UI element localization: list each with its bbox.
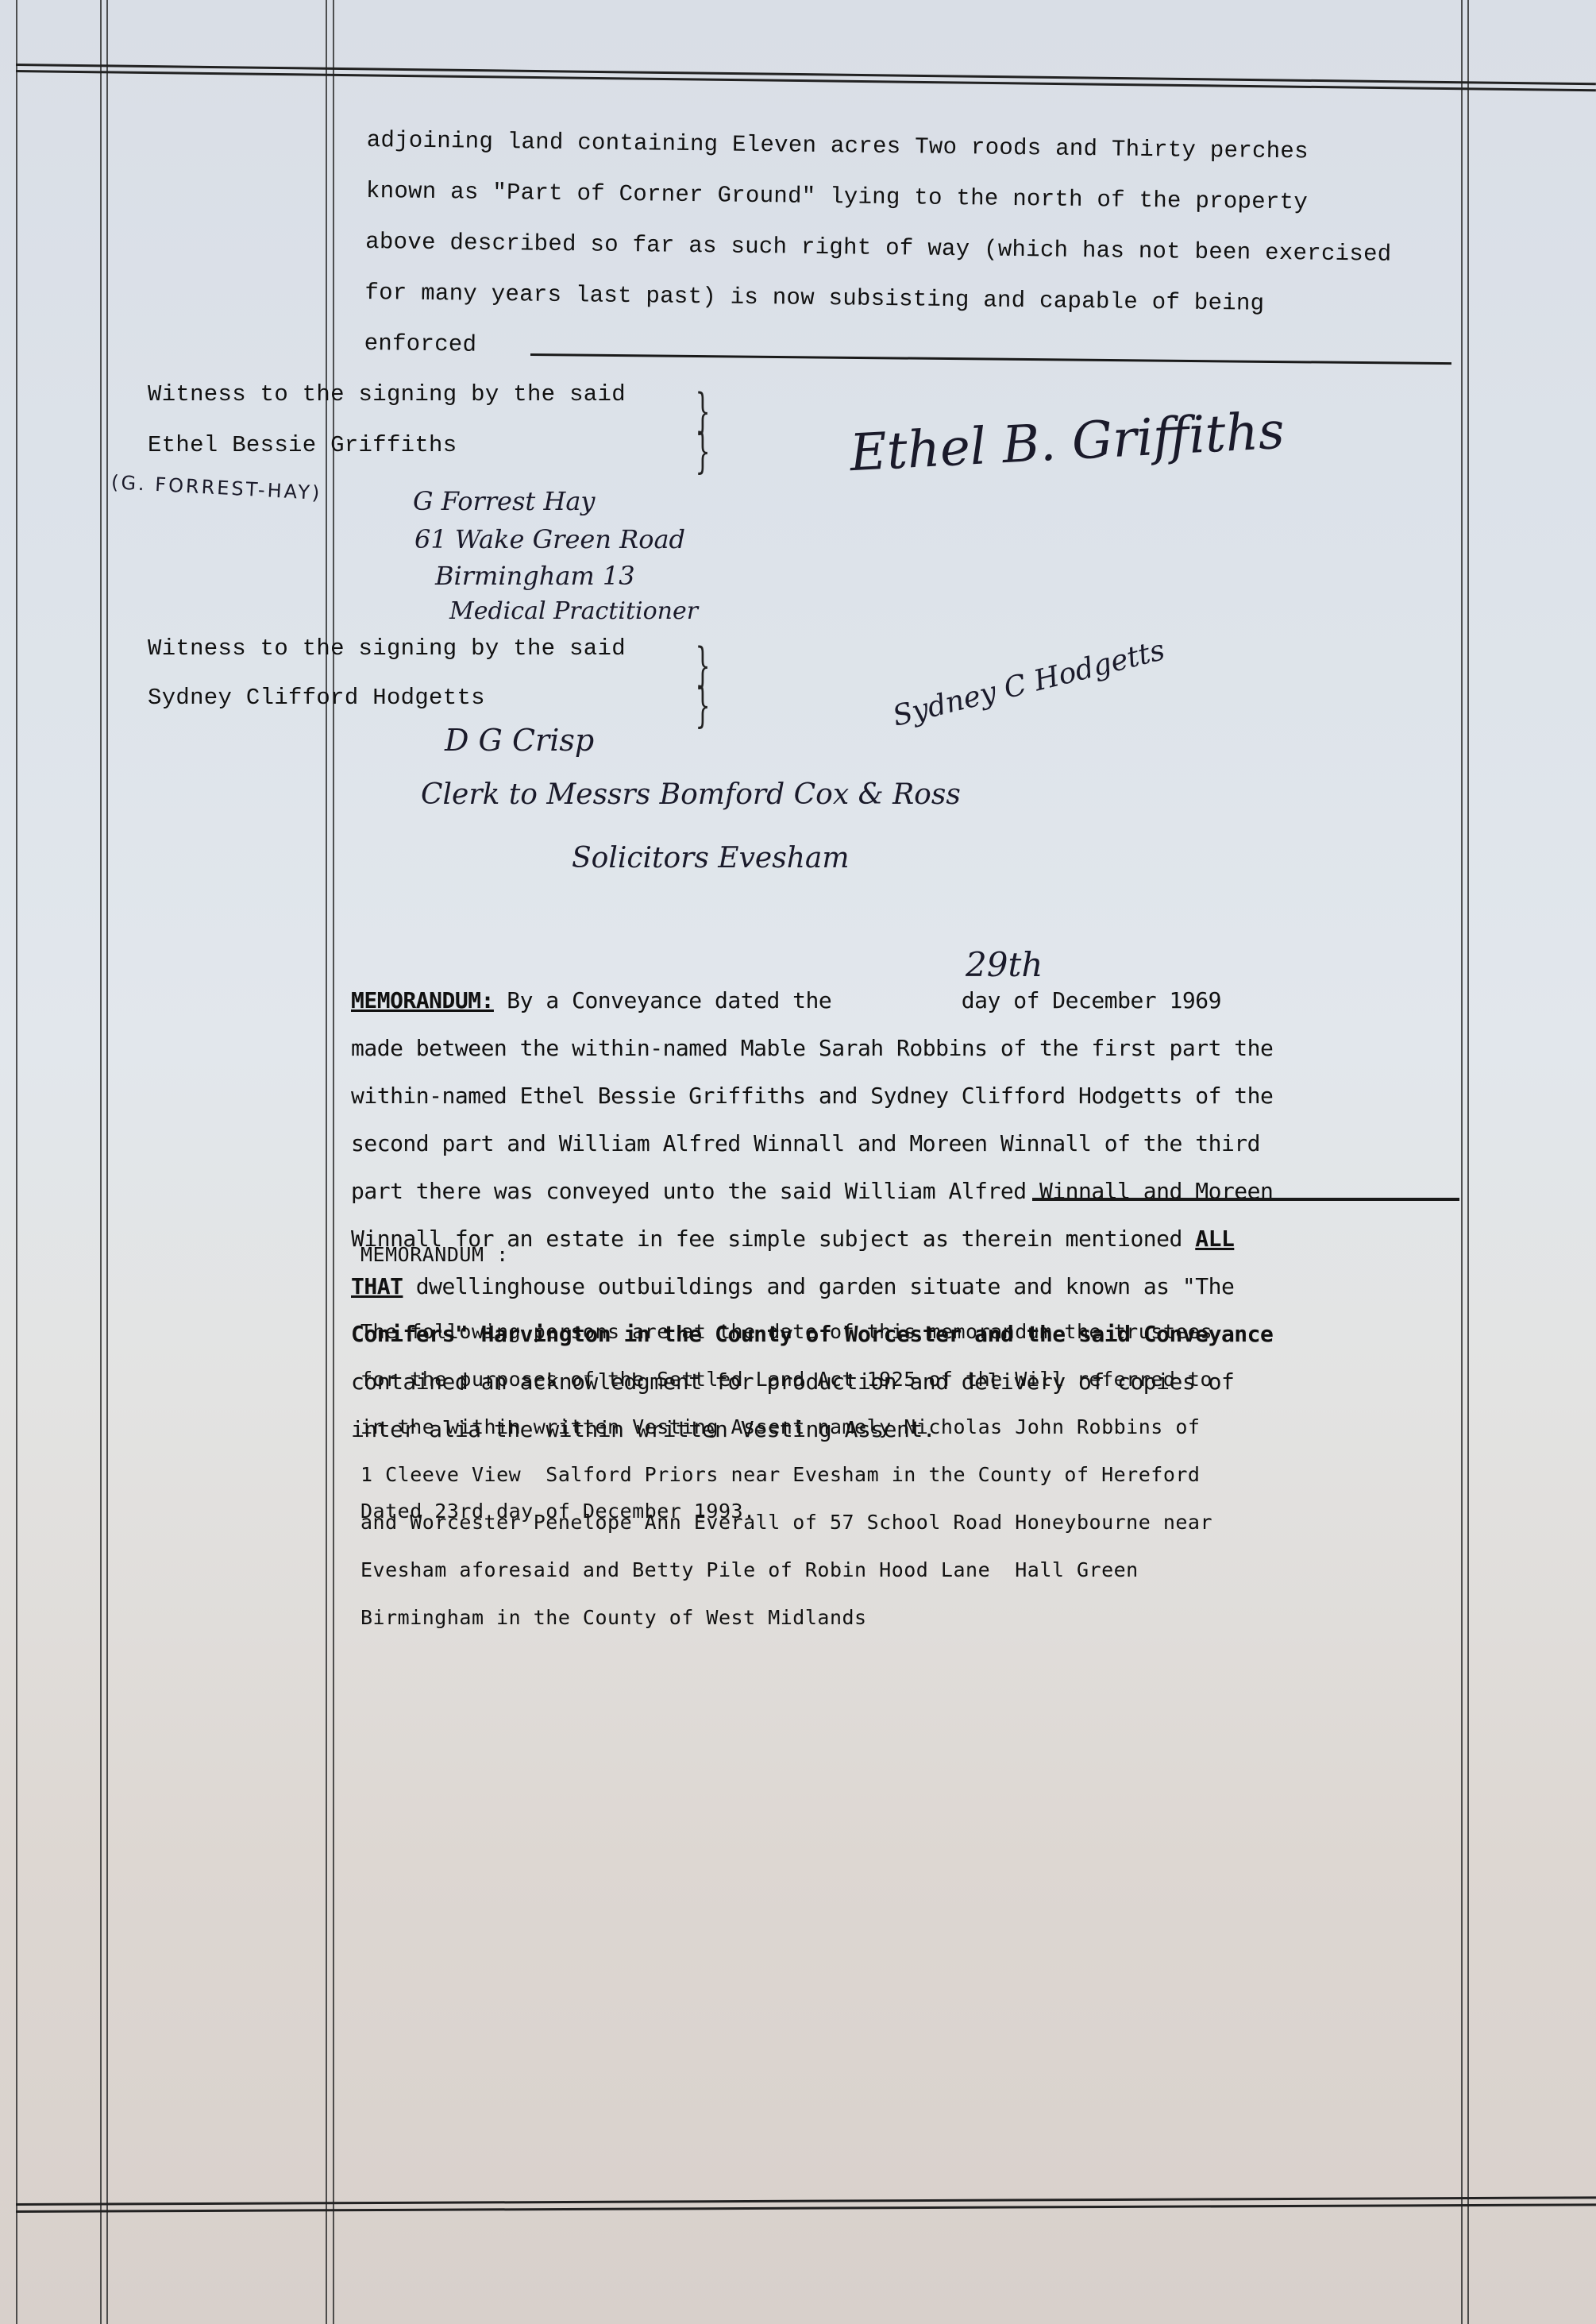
frame-rule-bottom-b [16,2203,1596,2213]
memorandum-1-heading: MEMORANDUM: [351,987,494,1013]
witness-1-line: Medical Practitioner [449,597,698,625]
memo1-line: By a Conveyance dated the day of Decembe… [494,987,1221,1013]
witness-1-line: G Forrest Hay [413,486,596,516]
memorandum-2-body: The following persons are at the date of… [360,1296,1212,1654]
frame-line-left-outer [16,0,17,2324]
handwritten-day: 29th [966,945,1043,984]
paragraph-line: above described so far as such right of … [365,229,1392,268]
memo2-line: in the within written Vesting Assent nam… [360,1415,1212,1439]
memo1-line: made between the within-named Mable Sara… [351,1037,1273,1060]
brace-2b: } [696,681,711,729]
brace-1b: } [696,427,711,475]
frame-line-margin-a [326,0,327,2324]
paragraph-line: enforced [364,330,476,359]
memorandum-2-dated: Dated 23rd day of December 1993. [360,1500,756,1523]
attestation-1-label-line2: Ethel Bessie Griffiths [148,432,457,459]
paragraph-line: for many years last past) is now subsist… [364,280,1264,318]
witness-1-line: Birmingham 13 [435,561,635,591]
witness-2-line: Clerk to Messrs Bomford Cox & Ross [421,778,961,811]
attestation-1-label-line1: Witness to the signing by the said [148,381,626,408]
memo2-line: Birmingham in the County of West Midland… [360,1606,1212,1630]
memo2-line: Evesham aforesaid and Betty Pile of Robi… [360,1558,1212,1582]
paragraph-line: known as "Part of Corner Ground" lying t… [366,178,1308,216]
attestation-2-label-line1: Witness to the signing by the said [148,635,626,662]
memo1-end-rule [1032,1198,1459,1201]
memo1-line: within-named Ethel Bessie Griffiths and … [351,1084,1273,1108]
frame-line-right-a [1461,0,1463,2324]
signature-sydney-hodgetts: Sydney C Hodgetts [889,634,1168,733]
paragraph-line: adjoining land containing Eleven acres T… [367,127,1309,165]
memo2-line: for the purposes of the Settled Land Act… [360,1368,1212,1392]
frame-line-margin-b [333,0,334,2324]
witness-2-line: Solicitors Evesham [572,842,850,874]
memo1-line: second part and William Alfred Winnall a… [351,1132,1273,1156]
all-that-1: ALL [1195,1226,1234,1252]
continuation-paragraph: adjoining land containing Eleven acres T… [365,127,395,289]
frame-line-left-1b [106,0,108,2324]
frame-line-left-1a [100,0,102,2324]
memo2-line: 1 Cleeve View Salford Priors near Evesha… [360,1463,1212,1487]
frame-line-right-b [1467,0,1469,2324]
memorandum-2-heading: MEMORANDUM : [360,1243,509,1267]
witness-1-note: (G. FORREST-HAY) [110,471,322,504]
enforced-rule [530,353,1451,365]
memo2-line: The following persons are at the date of… [360,1320,1212,1344]
witness-1-line: 61 Wake Green Road [414,524,685,554]
signature-ethel-griffiths: Ethel B. Griffiths [848,402,1286,484]
attestation-2-label-line2: Sydney Clifford Hodgetts [148,685,485,712]
witness-2-line: D G Crisp [445,723,594,758]
